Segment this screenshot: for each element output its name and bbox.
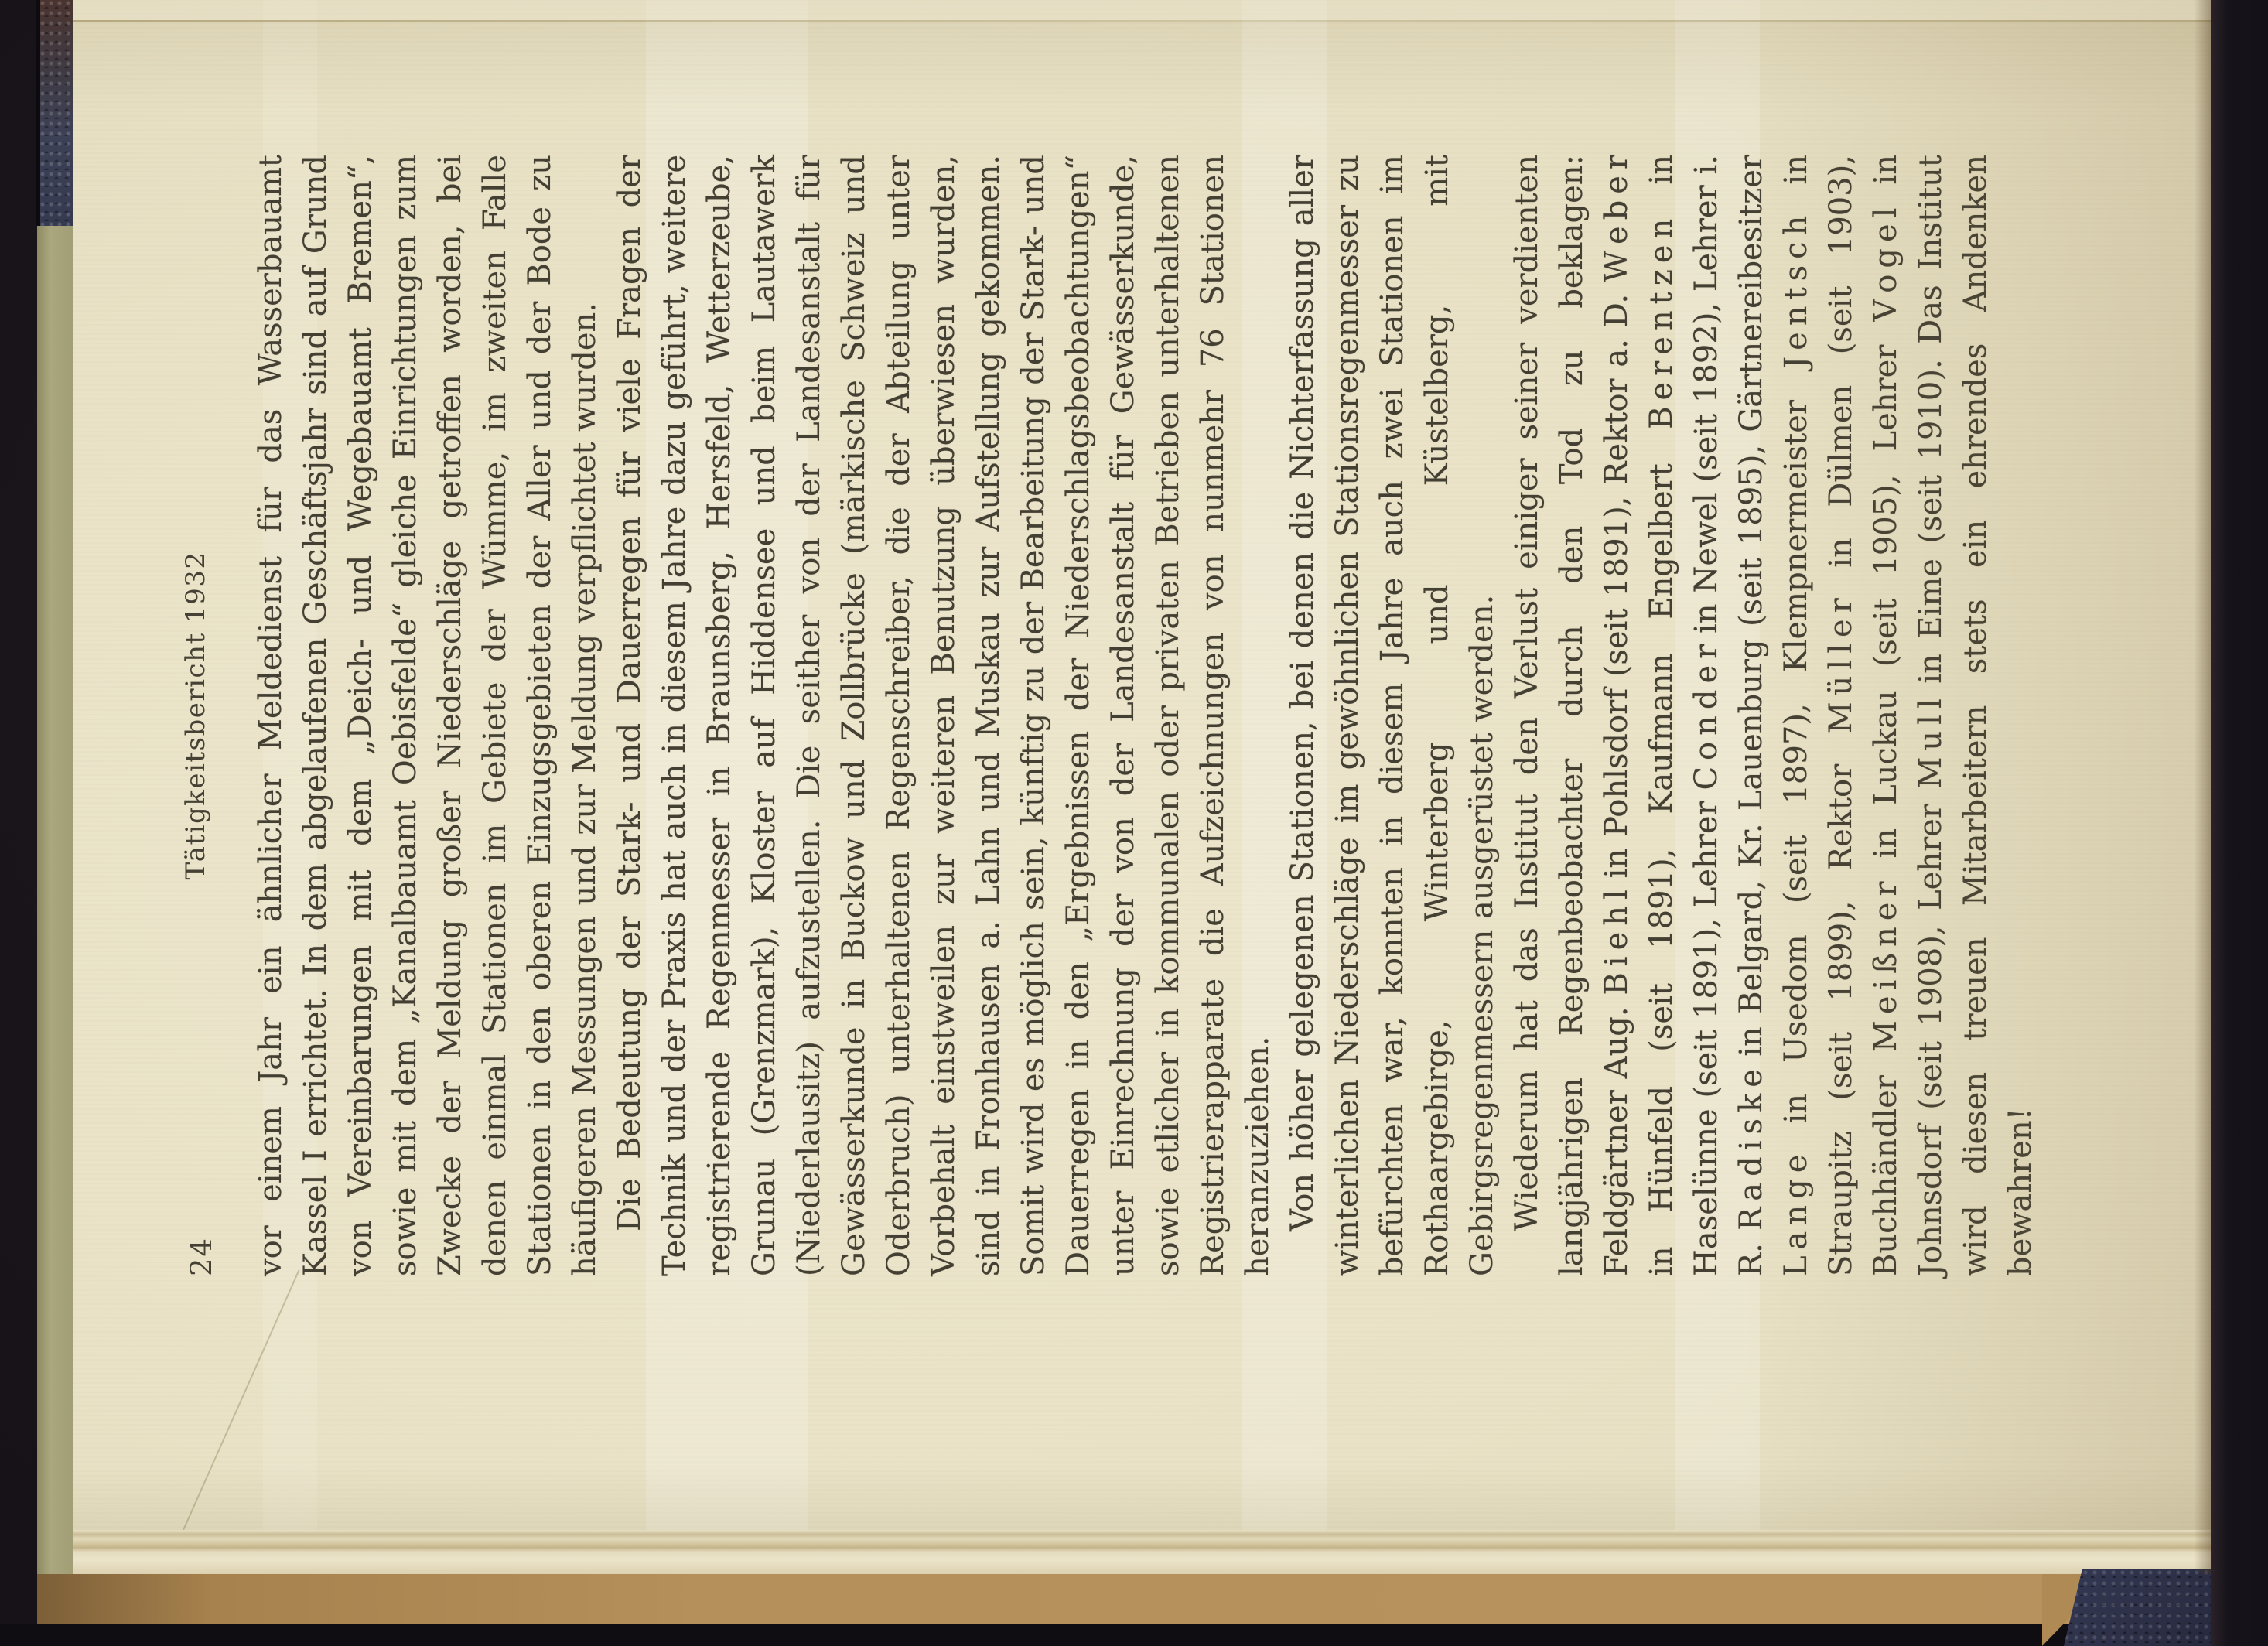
paragraph-nachrufe: Wiederum hat das Institut den Verlust ei… (1505, 155, 2043, 1276)
running-title: Tätigkeitsbericht 1932 (180, 155, 211, 1276)
cover-spine-leather-edge (36, 0, 79, 226)
page-top-fold-line (73, 20, 2211, 22)
right-cover (2211, 0, 2268, 1646)
paragraph-dauerregen: Die Bedeutung der Stark- und Dauerregen … (607, 155, 1280, 1276)
page-number: 24 (185, 1237, 218, 1276)
paragraph-meldedienst: vor einem Jahr ein ähnlicher Meldedienst… (248, 155, 607, 1276)
tail-band (37, 1574, 2268, 1628)
page-top-edge-highlight (73, 0, 2211, 20)
page-block-edge (37, 226, 74, 1587)
book-scan: 24 Tätigkeitsbericht 1932 vor einem Jahr… (0, 0, 2268, 1646)
book-page: 24 Tätigkeitsbericht 1932 vor einem Jahr… (73, 0, 2211, 1574)
paragraph-gebirgsregenmesser: Von höher gelegenen Stationen, bei denen… (1280, 155, 1505, 1276)
bottom-cover (0, 1624, 2268, 1646)
page-body: vor einem Jahr ein ähnlicher Meldedienst… (248, 155, 2043, 1276)
stacked-page-edges (73, 1530, 2211, 1574)
page-header: 24 Tätigkeitsbericht 1932 (180, 155, 220, 1276)
